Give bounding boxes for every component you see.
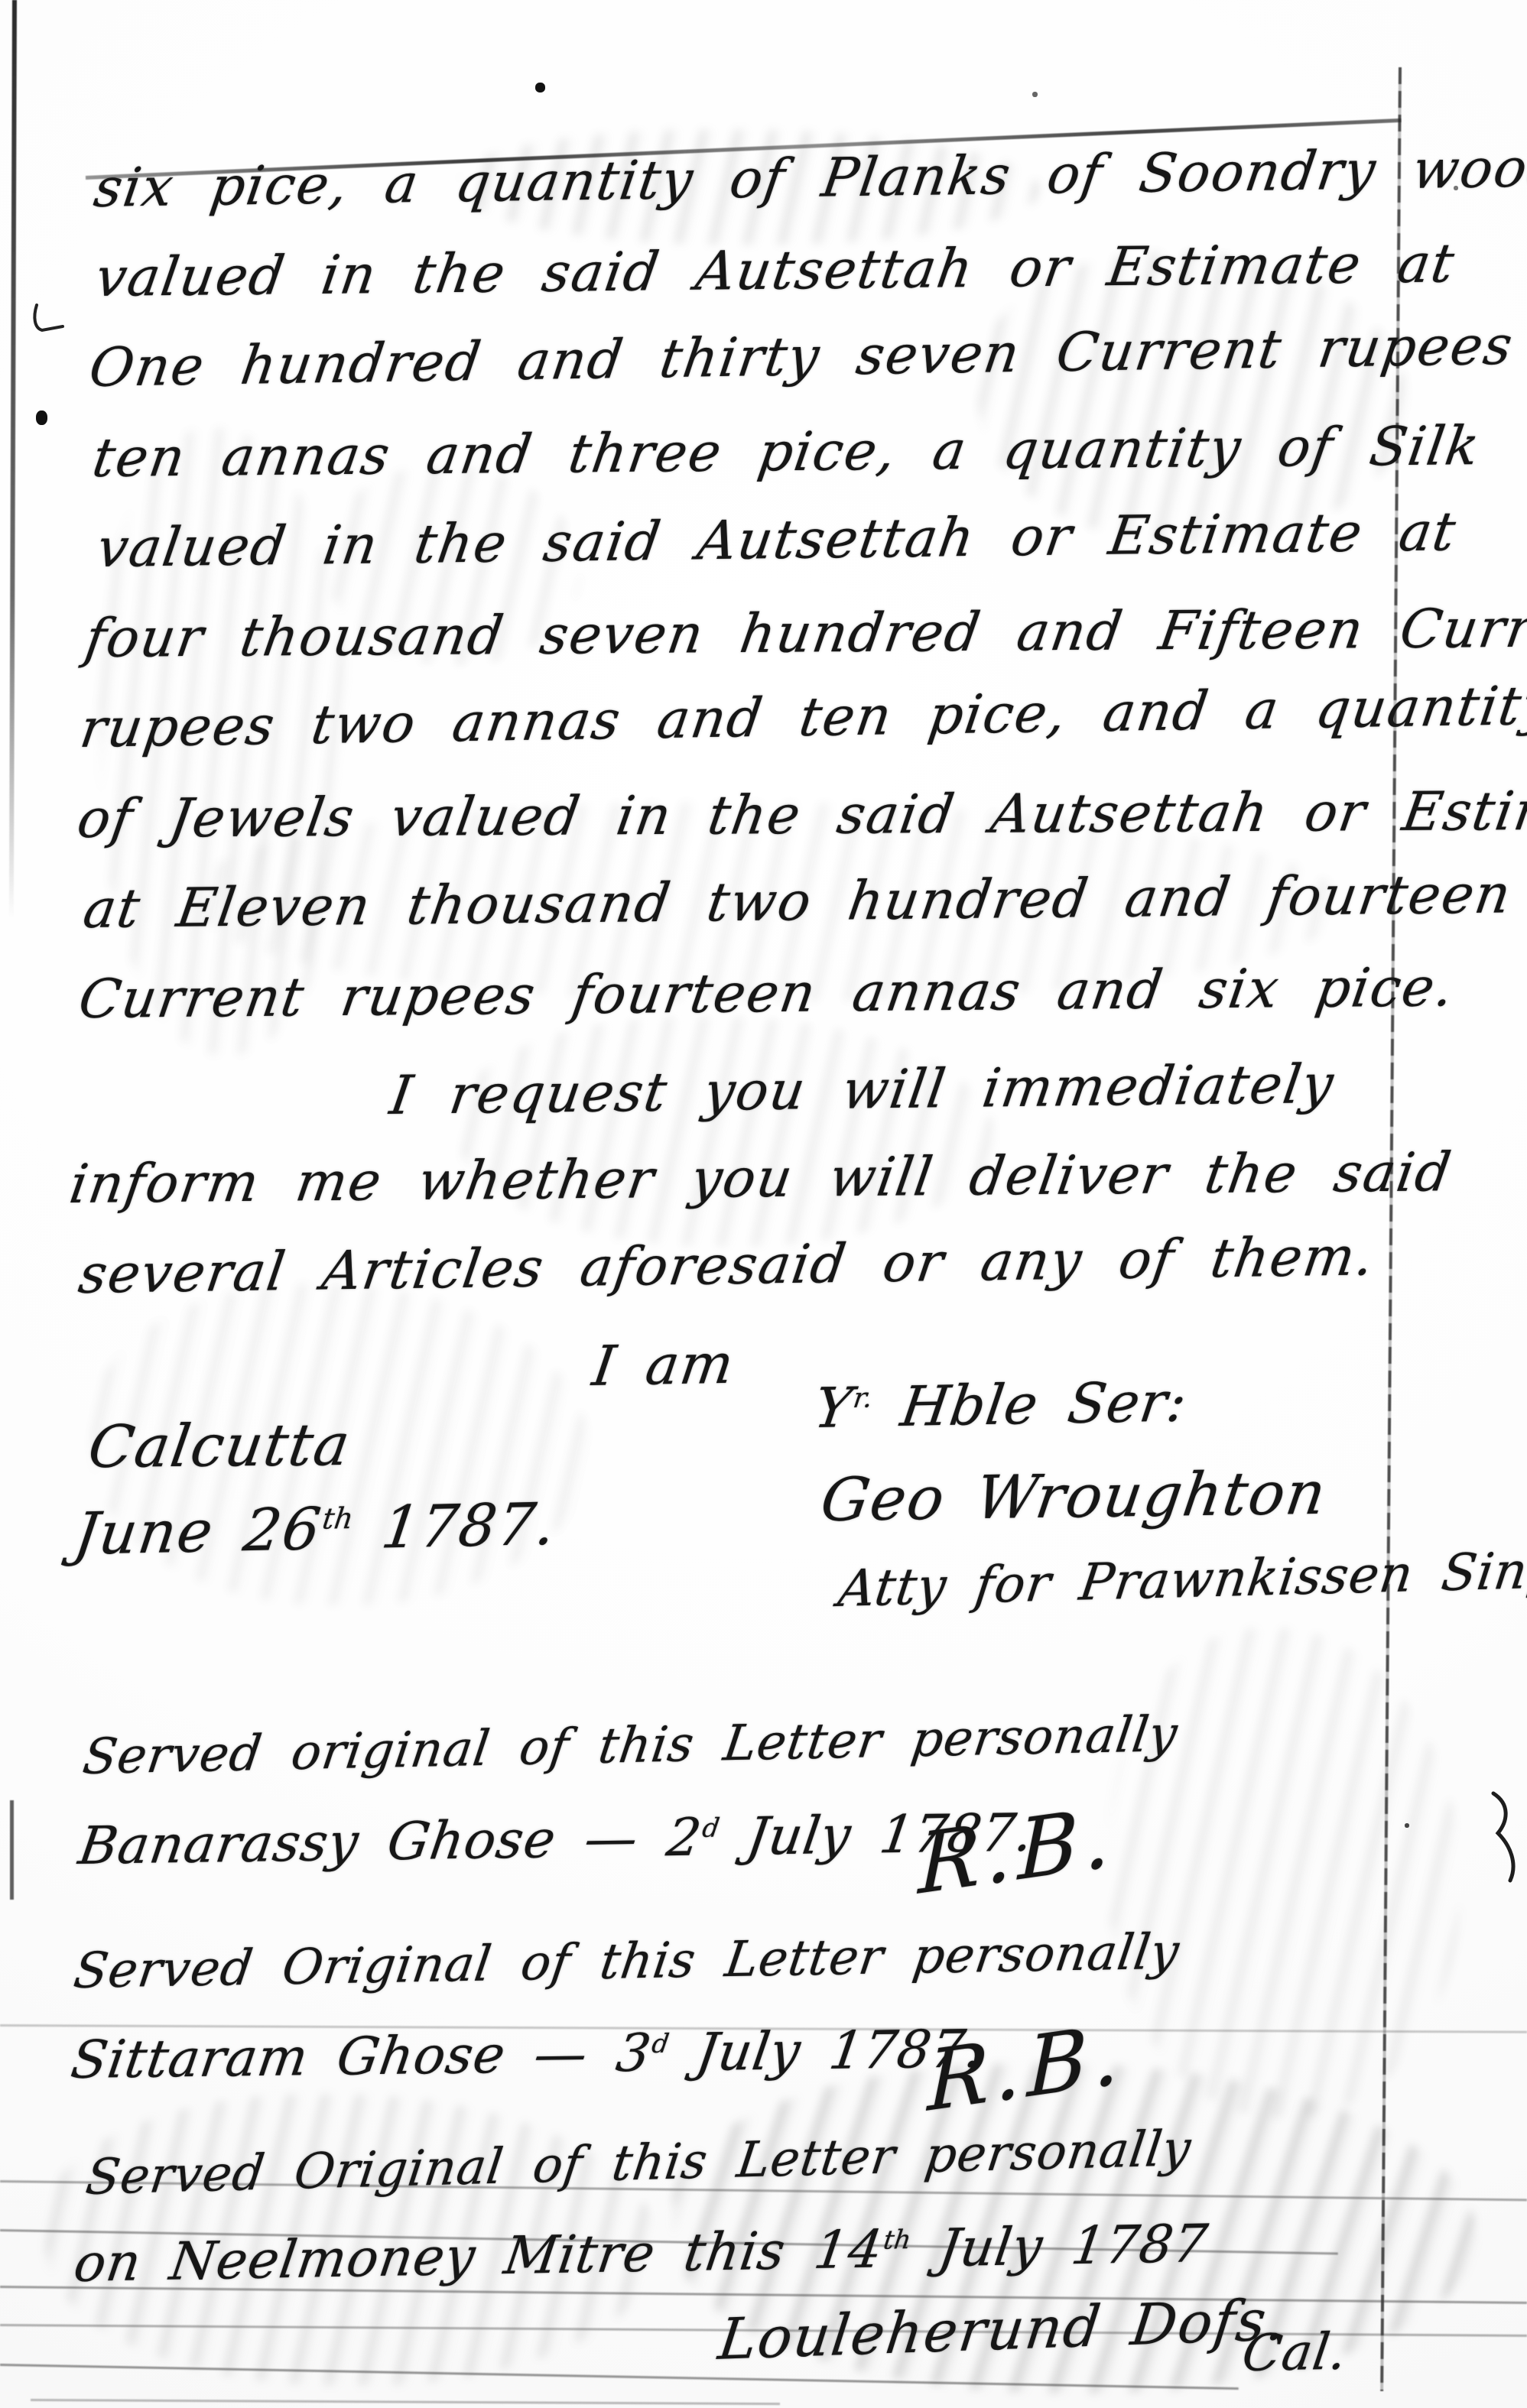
place-line: Calcutta xyxy=(84,1410,356,1481)
ink-dot xyxy=(36,411,47,425)
right-margin-bracket-mark xyxy=(1487,1790,1522,1884)
date-line: June 26th 1787. xyxy=(70,1490,561,1568)
date-year: 1787. xyxy=(347,1490,561,1563)
left-edge-line-lower xyxy=(10,1800,14,1900)
letter-line: of Jewels valued in the said Autsettah o… xyxy=(73,779,1527,850)
date-superscript: th xyxy=(320,1501,356,1536)
signature-line: Geo Wroughton xyxy=(817,1459,1331,1535)
signoff-line: Yr. Hble Ser: xyxy=(811,1369,1191,1440)
service-note-text: Banarassy Ghose — 2 xyxy=(75,1807,706,1877)
service-note-1-line-1: Served original of this Letter personall… xyxy=(80,1706,1181,1786)
letter-line: Current rupees fourteen annas and six pi… xyxy=(75,956,1459,1030)
left-edge-line xyxy=(9,0,17,917)
ink-dot xyxy=(1405,1823,1409,1828)
bleedthrough-smudge xyxy=(459,1017,994,1246)
service-note-date: July 1787 xyxy=(905,2214,1212,2280)
ink-dot xyxy=(535,83,545,92)
date-text: June 26 xyxy=(70,1494,326,1568)
letter-line: ten annas and three pice, a quantity of … xyxy=(89,414,1484,489)
service-note-text: Sittaram Ghose — 3 xyxy=(67,2023,655,2091)
signoff-text: Y xyxy=(811,1375,856,1440)
service-note-2-line-2: Sittaram Ghose — 3d July 1787. xyxy=(67,2019,987,2091)
bleed-line-7 xyxy=(31,2399,780,2405)
signoff-rest: Hble Ser: xyxy=(866,1369,1191,1439)
service-note-superscript: th xyxy=(882,2225,913,2256)
letter-line: four thousand seven hundred and Fifteen … xyxy=(81,596,1527,670)
letter-line: six pice, a quantity of Planks of Soondr… xyxy=(90,136,1527,219)
closing-line: I request you will immediately xyxy=(386,1053,1339,1127)
salutation-line: I am xyxy=(589,1332,739,1398)
ink-dot xyxy=(1032,92,1038,97)
attorney-line: Atty for Prawnkissen Sing xyxy=(835,1540,1527,1618)
service-note-1-line-2: Banarassy Ghose — 2d July 1787. xyxy=(75,1803,1038,1877)
closing-line: inform me whether you will deliver the s… xyxy=(66,1141,1456,1215)
cal-annotation: Cal. xyxy=(1239,2322,1351,2383)
service-note-2-line-1: Served Original of this Letter personall… xyxy=(70,1924,1183,2000)
left-hook-mark xyxy=(31,302,67,339)
bleedthrough-smudge xyxy=(1109,1628,1460,2118)
scanned-letter-page: six pice, a quantity of Planks of Soondr… xyxy=(0,0,1527,2408)
closing-line: several Articles aforesaid or any of the… xyxy=(75,1225,1379,1306)
